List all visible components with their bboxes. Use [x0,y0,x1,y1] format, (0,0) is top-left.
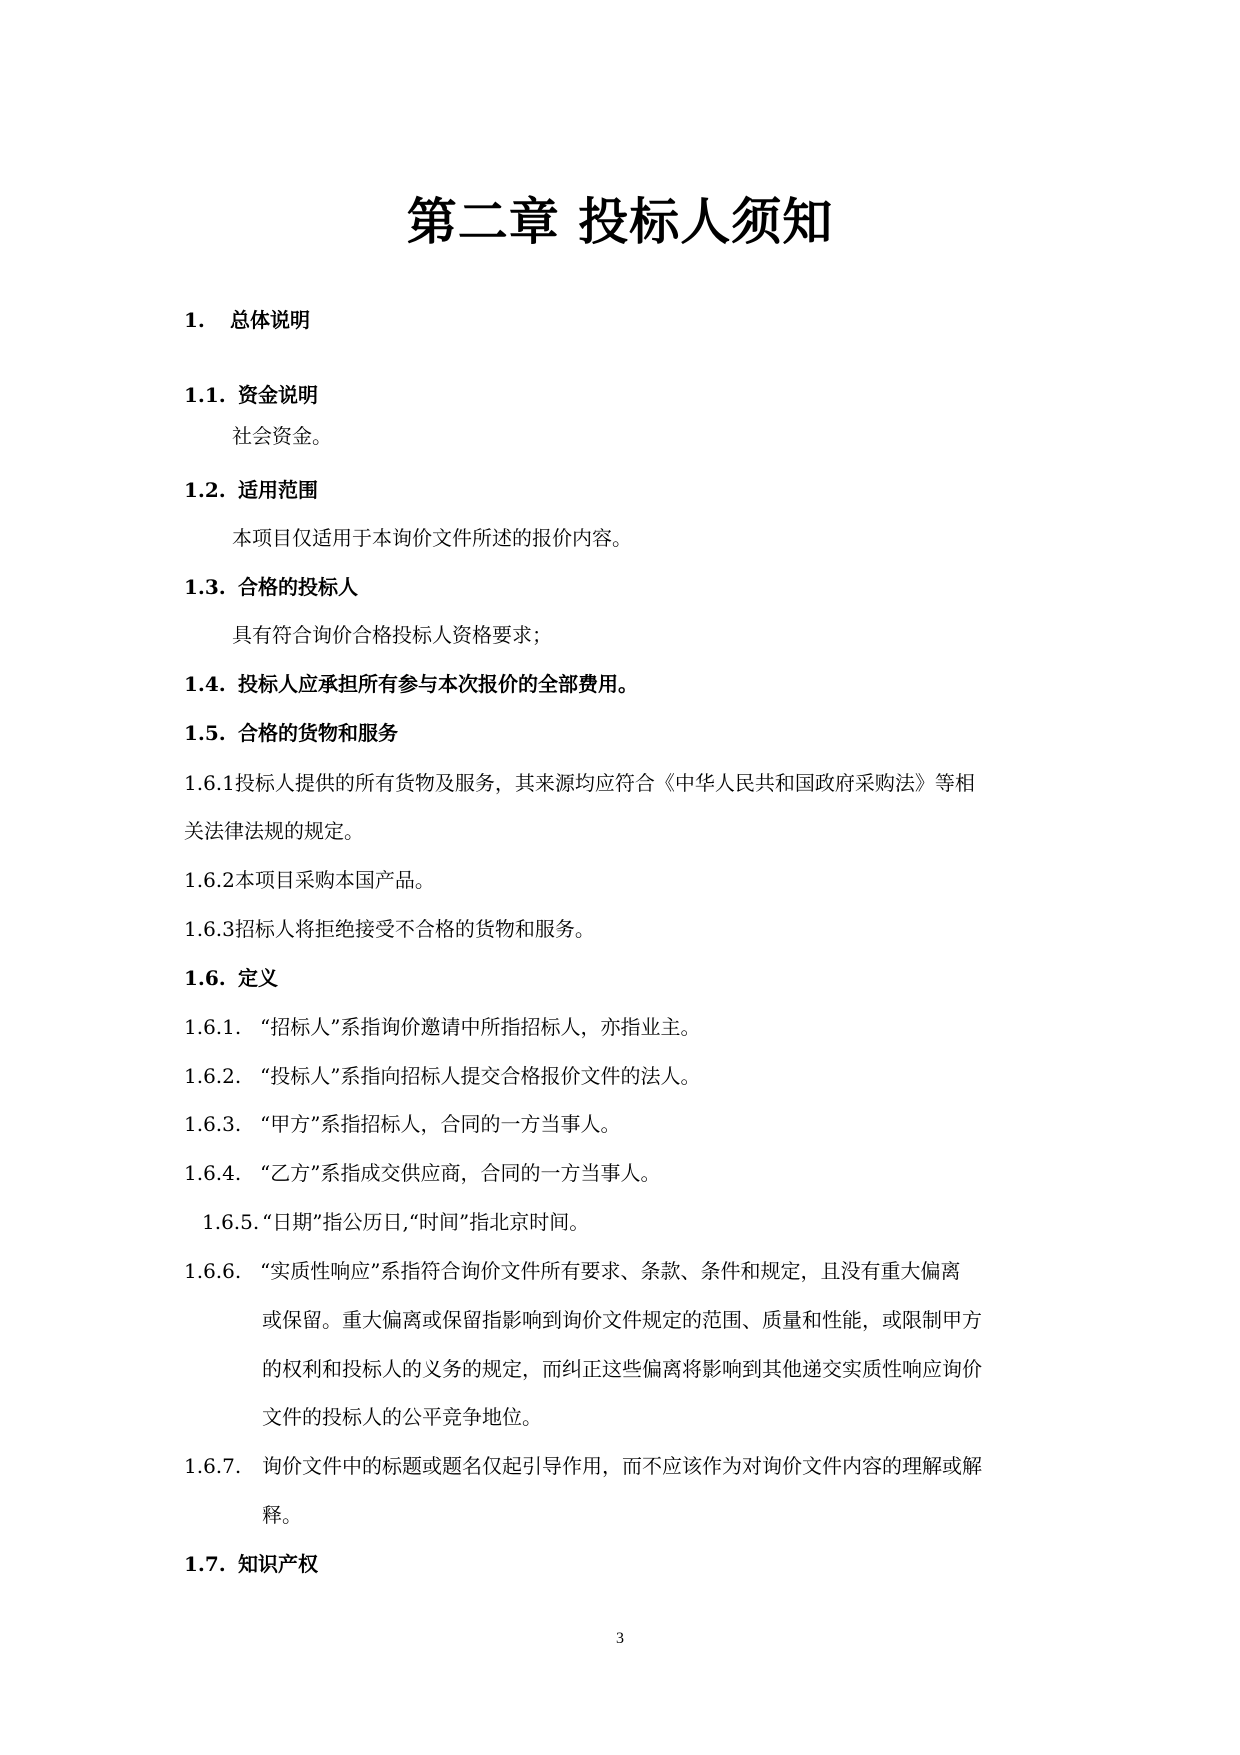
section-title: 适用范围 [238,478,318,502]
section-heading-1-2: 1.2.适用范围 [184,477,318,503]
clause-1-5-1-continued: 关法律法规的规定。 [184,818,364,844]
section-title: 合格的投标人 [238,575,358,599]
clause-number: 1.6.7. [184,1453,262,1479]
clause-number: 1.6.4. [184,1160,260,1186]
clause-text: 招标人将拒绝接受不合格的货物和服务。 [235,917,595,941]
section-heading-1-1: 1.1.资金说明 [184,382,318,408]
section-heading-1-4: 1.4.投标人应承担所有参与本次报价的全部费用。 [184,671,638,697]
clause-number: 1.6.3 [184,916,235,942]
section-title: 合格的货物和服务 [238,721,398,745]
section-title: 投标人应承担所有参与本次报价的全部费用。 [238,672,638,696]
clause-text: 投标人提供的所有货物及服务，其来源均应符合《中华人民共和国政府采购法》等相 [235,771,975,795]
clause-number: 1.6.1 [184,770,235,796]
clause-number: 1.6.5. [202,1209,262,1235]
page-number: 3 [0,1630,1240,1648]
definition-1-6-6-line-3: 的权利和投标人的义务的规定，而纠正这些偏离将影响到其他递交实质性响应询价 [262,1356,982,1382]
definition-1-6-1: 1.6.1.“招标人”系指询价邀请中所指招标人，亦指业主。 [184,1014,700,1040]
clause-text: “乙方”系指成交供应商，合同的一方当事人。 [260,1161,660,1185]
clause-text: “招标人”系指询价邀请中所指招标人，亦指业主。 [260,1015,700,1039]
clause-number: 1.6.6. [184,1258,260,1284]
section-heading-1-7: 1.7.知识产权 [184,1551,318,1577]
section-heading-1-5: 1.5.合格的货物和服务 [184,720,398,746]
clause-number: 1.6.2 [184,867,235,893]
definition-1-6-6: 1.6.6.“实质性响应”系指符合询价文件所有要求、条款、条件和规定，且没有重大… [184,1258,960,1284]
clause-1-5-2: 1.6.2本项目采购本国产品。 [184,867,435,893]
clause-1-5-3: 1.6.3招标人将拒绝接受不合格的货物和服务。 [184,916,595,942]
definition-1-6-3: 1.6.3.“甲方”系指招标人，合同的一方当事人。 [184,1111,620,1137]
clause-text: 本项目采购本国产品。 [235,868,435,892]
clause-number: 1.6.2. [184,1063,260,1089]
section-number: 1.7. [184,1551,238,1577]
definition-1-6-5: 1.6.5.“日期”指公历日,“时间”指北京时间。 [202,1209,589,1235]
section-heading-1-3: 1.3.合格的投标人 [184,574,358,600]
section-number: 1.3. [184,574,238,600]
section-number: 1.2. [184,477,238,503]
definition-1-6-6-line-4: 文件的投标人的公平竞争地位。 [262,1404,542,1430]
paragraph-1-3: 具有符合询价合格投标人资格要求； [232,622,552,648]
clause-number: 1.6.1. [184,1014,260,1040]
section-heading-1: 1.总体说明 [184,307,310,333]
clause-number: 1.6.3. [184,1111,260,1137]
section-number: 1. [184,307,230,333]
definition-1-6-7-line-2: 释。 [262,1502,302,1528]
section-title: 定义 [238,966,278,990]
clause-text: “日期”指公历日,“时间”指北京时间。 [262,1210,589,1234]
clause-text: “甲方”系指招标人，合同的一方当事人。 [260,1112,620,1136]
section-title: 资金说明 [238,383,318,407]
definition-1-6-7: 1.6.7.询价文件中的标题或题名仅起引导作用，而不应该作为对询价文件内容的理解… [184,1453,982,1479]
clause-text: “投标人”系指向招标人提交合格报价文件的法人。 [260,1064,700,1088]
chapter-title: 第二章 投标人须知 [0,192,1240,252]
section-title: 知识产权 [238,1552,318,1576]
section-title: 总体说明 [230,308,310,332]
section-number: 1.5. [184,720,238,746]
clause-1-5-1: 1.6.1投标人提供的所有货物及服务，其来源均应符合《中华人民共和国政府采购法》… [184,770,975,796]
section-number: 1.4. [184,671,238,697]
document-page: 第二章 投标人须知 1.总体说明 1.1.资金说明 社会资金。 1.2.适用范围… [0,0,1240,1755]
definition-1-6-2: 1.6.2.“投标人”系指向招标人提交合格报价文件的法人。 [184,1063,700,1089]
section-number: 1.1. [184,382,238,408]
paragraph-1-1: 社会资金。 [232,423,332,449]
definition-1-6-6-line-2: 或保留。重大偏离或保留指影响到询价文件规定的范围、质量和性能，或限制甲方 [262,1307,982,1333]
clause-text: 询价文件中的标题或题名仅起引导作用，而不应该作为对询价文件内容的理解或解 [262,1454,982,1478]
definition-1-6-4: 1.6.4.“乙方”系指成交供应商，合同的一方当事人。 [184,1160,660,1186]
section-number: 1.6. [184,965,238,991]
paragraph-1-2: 本项目仅适用于本询价文件所述的报价内容。 [232,525,632,551]
clause-text: “实质性响应”系指符合询价文件所有要求、条款、条件和规定，且没有重大偏离 [260,1259,960,1283]
section-heading-1-6: 1.6.定义 [184,965,278,991]
